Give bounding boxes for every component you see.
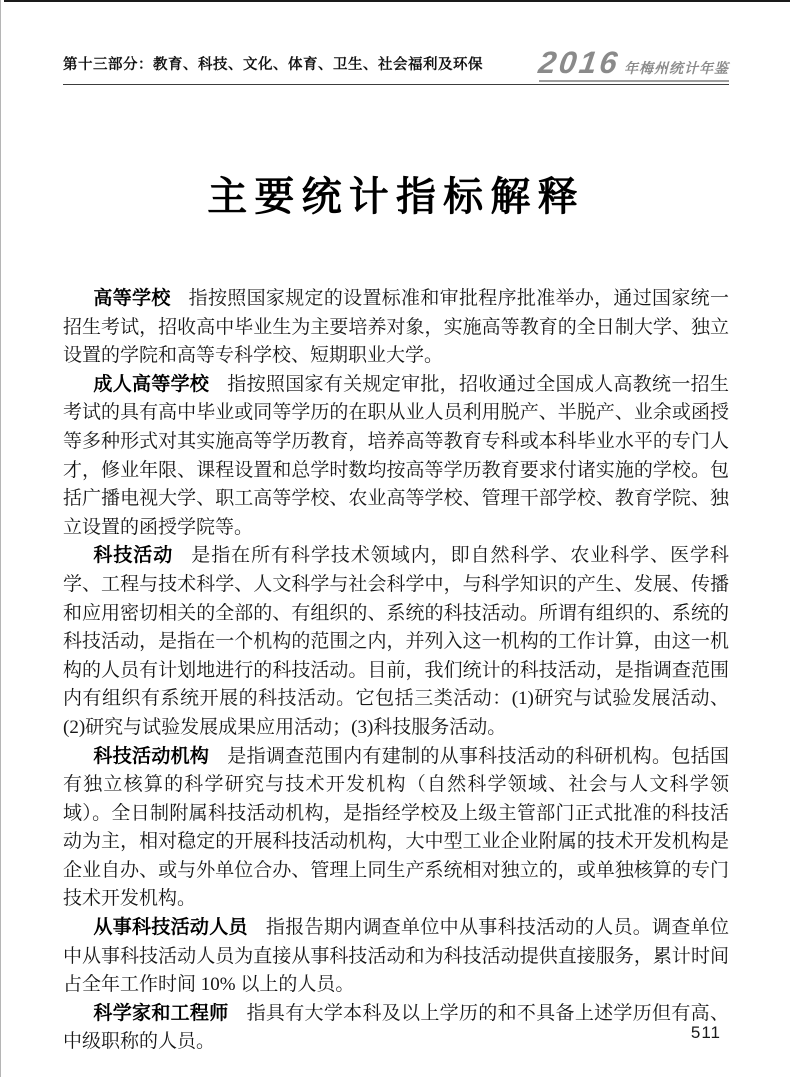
yearbook-logo-year: 2016 [537,47,622,78]
yearbook-logo: 2016年梅州统计年鉴 [539,47,729,82]
definition-entry: 科技活动机构是指调查范围内有建制的从事科技活动的科研机构。包括国有独立核算的科学… [63,743,729,915]
running-header: 第十三部分：教育、科技、文化、体育、卫生、社会福利及环保 2016年梅州统计年鉴 [63,0,729,80]
section-heading: 第十三部分：教育、科技、文化、体育、卫生、社会福利及环保 [63,53,483,80]
definition-entry: 科技活动是指在所有科学技术领域内，即自然科学、农业科学、医学科学、工程与技术科学… [63,542,729,742]
entry-term: 高等学校 [93,288,170,309]
scan-edge-left [0,0,1,1077]
document-page: 第十三部分：教育、科技、文化、体育、卫生、社会福利及环保 2016年梅州统计年鉴… [0,0,793,1077]
definition-entry: 成人高等学校指按照国家有关规定审批，招收通过全国成人高教统一招生考试的具有高中毕… [63,371,729,543]
definition-entry: 从事科技活动人员指报告期内调查单位中从事科技活动的人员。调查单位中从事科技活动人… [63,914,729,1000]
page-number: 511 [691,1023,721,1043]
yearbook-logo-title: 年梅州统计年鉴 [624,61,729,75]
definitions-content: 高等学校指按照国家规定的设置标准和审批程序批准举办，通过国家统一招生考试，招收高… [63,285,729,1057]
entry-term: 科学家和工程师 [93,1003,228,1024]
entry-term: 科技活动 [93,545,173,566]
entry-definition: 是指调查范围内有建制的从事科技活动的科研机构。包括国有独立核算的科学研究与技术开… [63,746,729,910]
entry-definition: 指按照国家有关规定审批，招收通过全国成人高教统一招生考试的具有高中毕业或同等学历… [63,374,729,538]
entry-term: 从事科技活动人员 [93,917,247,938]
entry-term: 科技活动机构 [93,746,209,767]
header-rule [63,84,729,85]
definition-entry: 科学家和工程师指具有大学本科及以上学历的和不具备上述学历但有高、中级职称的人员。 [63,1000,729,1057]
entry-definition: 是指在所有科学技术领域内，即自然科学、农业科学、医学科学、工程与技术科学、人文科… [63,545,729,738]
page-title: 主要统计指标解释 [63,165,729,222]
entry-term: 成人高等学校 [93,374,209,395]
scan-edge-top [4,0,790,2]
definition-entry: 高等学校指按照国家规定的设置标准和审批程序批准举办，通过国家统一招生考试，招收高… [63,285,729,371]
